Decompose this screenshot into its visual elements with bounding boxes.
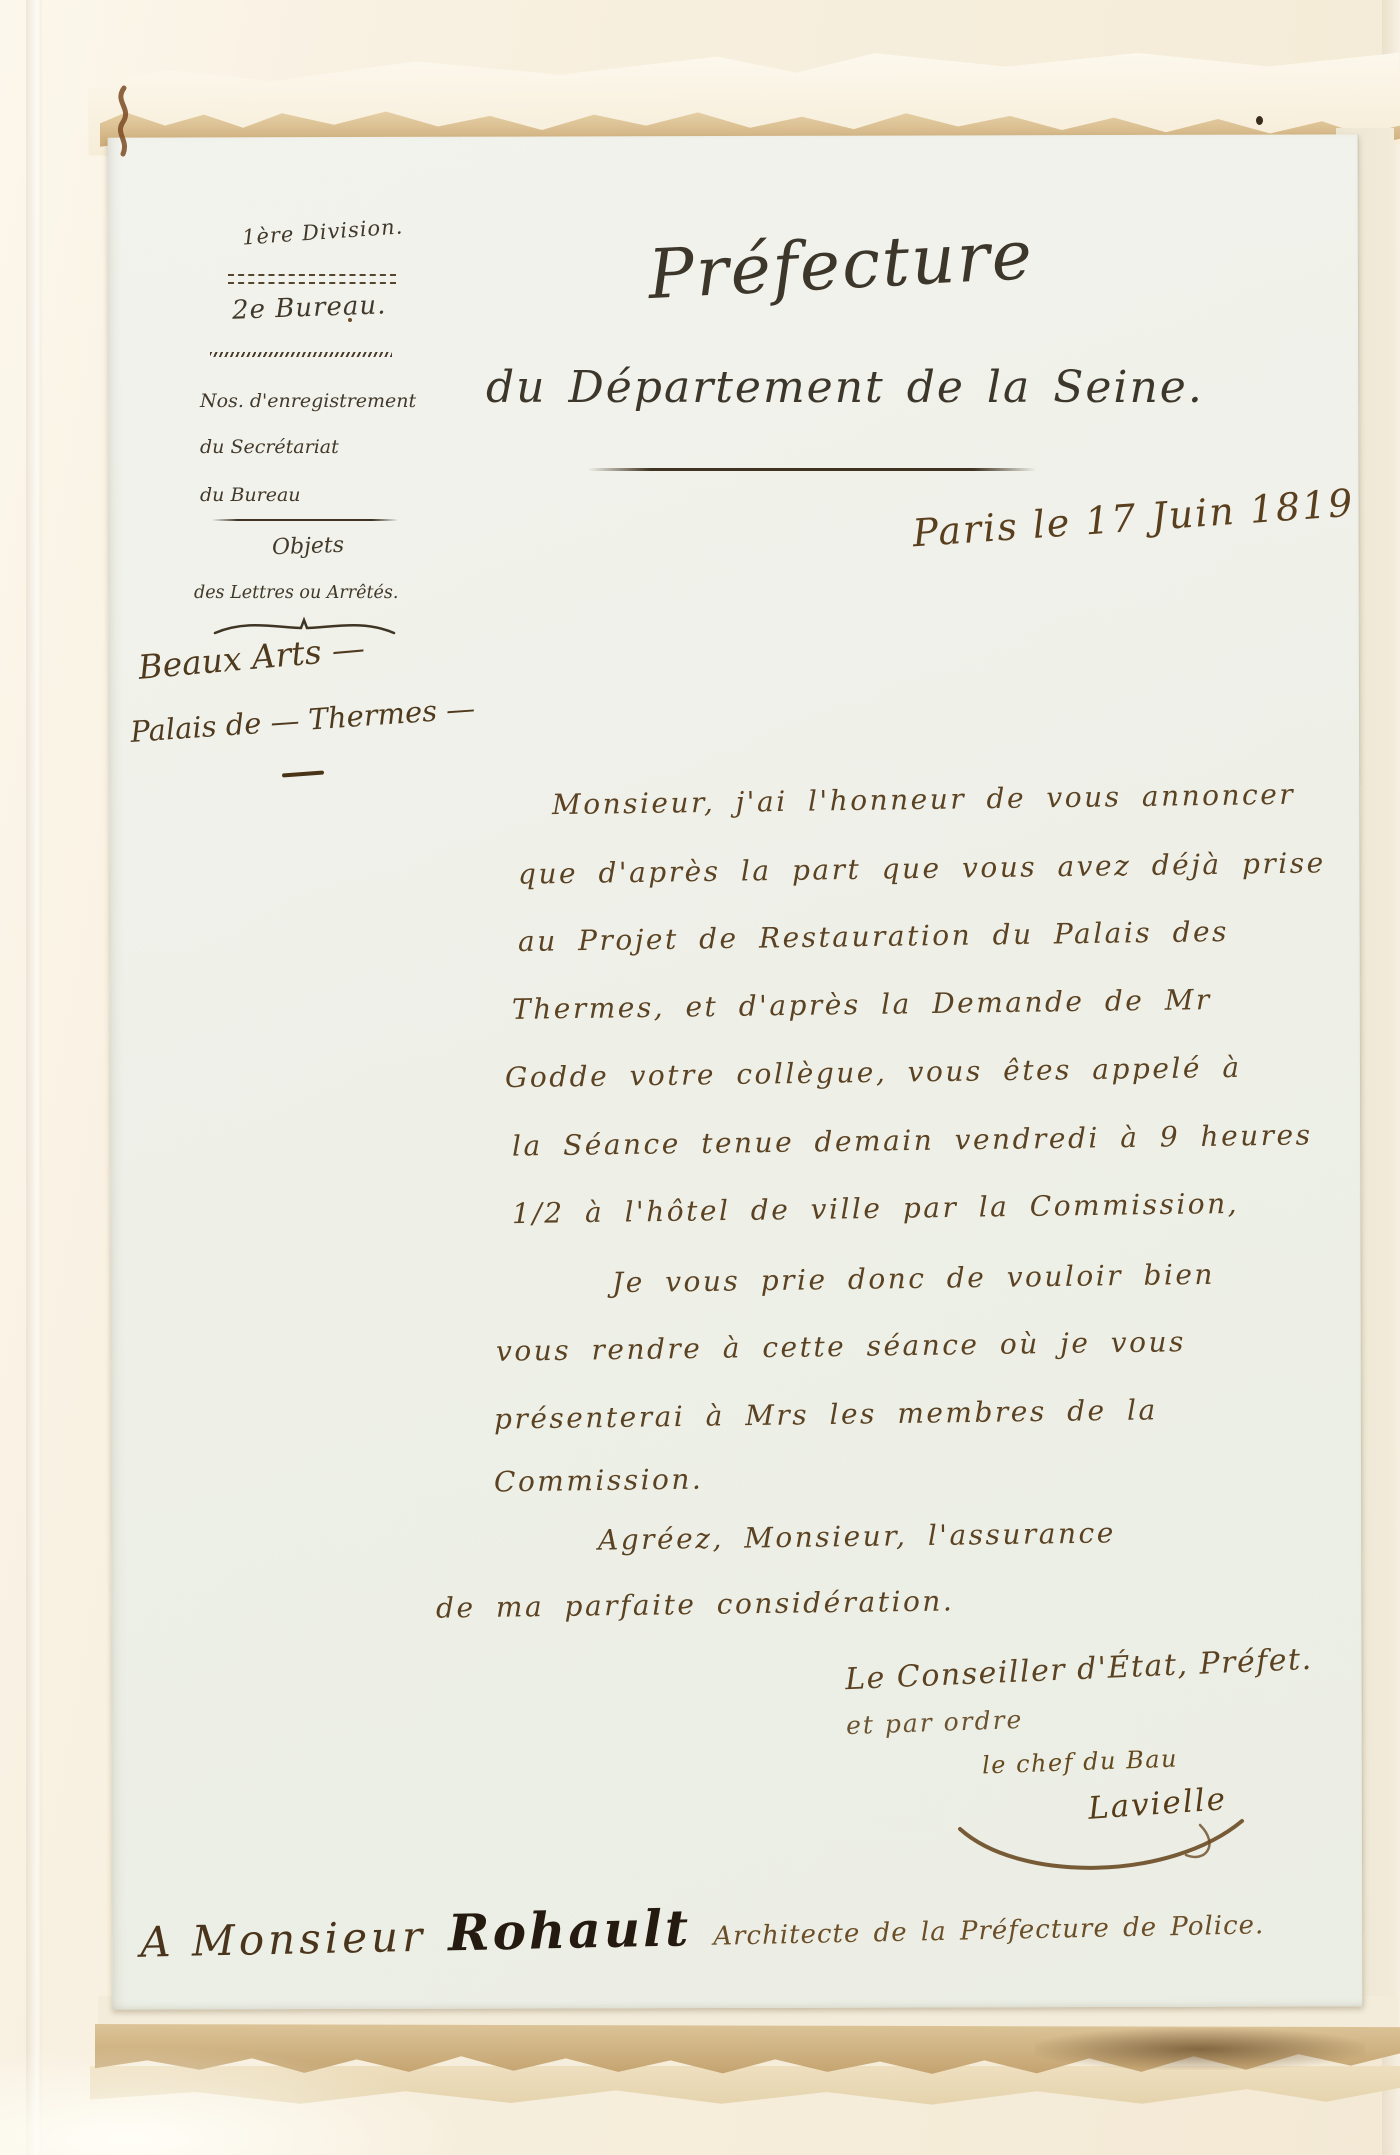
folder-fold-left	[26, 0, 42, 2155]
scanned-letter-page: 1ère Division. 2e Bureau. Nos. d'enregis…	[0, 0, 1400, 2155]
thin-rule	[212, 519, 398, 521]
letterhead-subtitle: du Département de la Seine.	[486, 362, 1204, 413]
ink-speck	[1256, 116, 1263, 125]
margin-registration-line-1: Nos. d'enregistrement	[200, 390, 416, 412]
wavy-rule	[210, 352, 392, 357]
letterhead-rule	[588, 468, 1036, 471]
signature-order-line: et par ordre	[846, 1705, 1024, 1740]
recipient-name: Rohault	[447, 1898, 691, 1962]
margin-registration-line-2: du Secrétariat	[200, 436, 339, 458]
recipient-salutation: A Monsieur	[140, 1912, 427, 1967]
body-line-11: Commission.	[494, 1463, 704, 1499]
margin-bureau-label: 2e Bureau.	[232, 290, 387, 325]
margin-registration-line-3: du Bureau	[200, 484, 301, 506]
signature-paraph-flourish	[950, 1815, 1250, 1890]
binding-string-mark	[110, 84, 138, 162]
margin-objects-subtitle: des Lettres ou Arrêtés.	[194, 583, 398, 603]
margin-objects-title: Objets	[272, 533, 345, 561]
torn-edge-dark-patch	[1035, 2028, 1365, 2070]
double-rule	[228, 274, 396, 284]
recipient-title: Architecte de la Préfecture de Police.	[713, 1910, 1265, 1952]
folder-corner-highlight	[0, 2048, 460, 2155]
